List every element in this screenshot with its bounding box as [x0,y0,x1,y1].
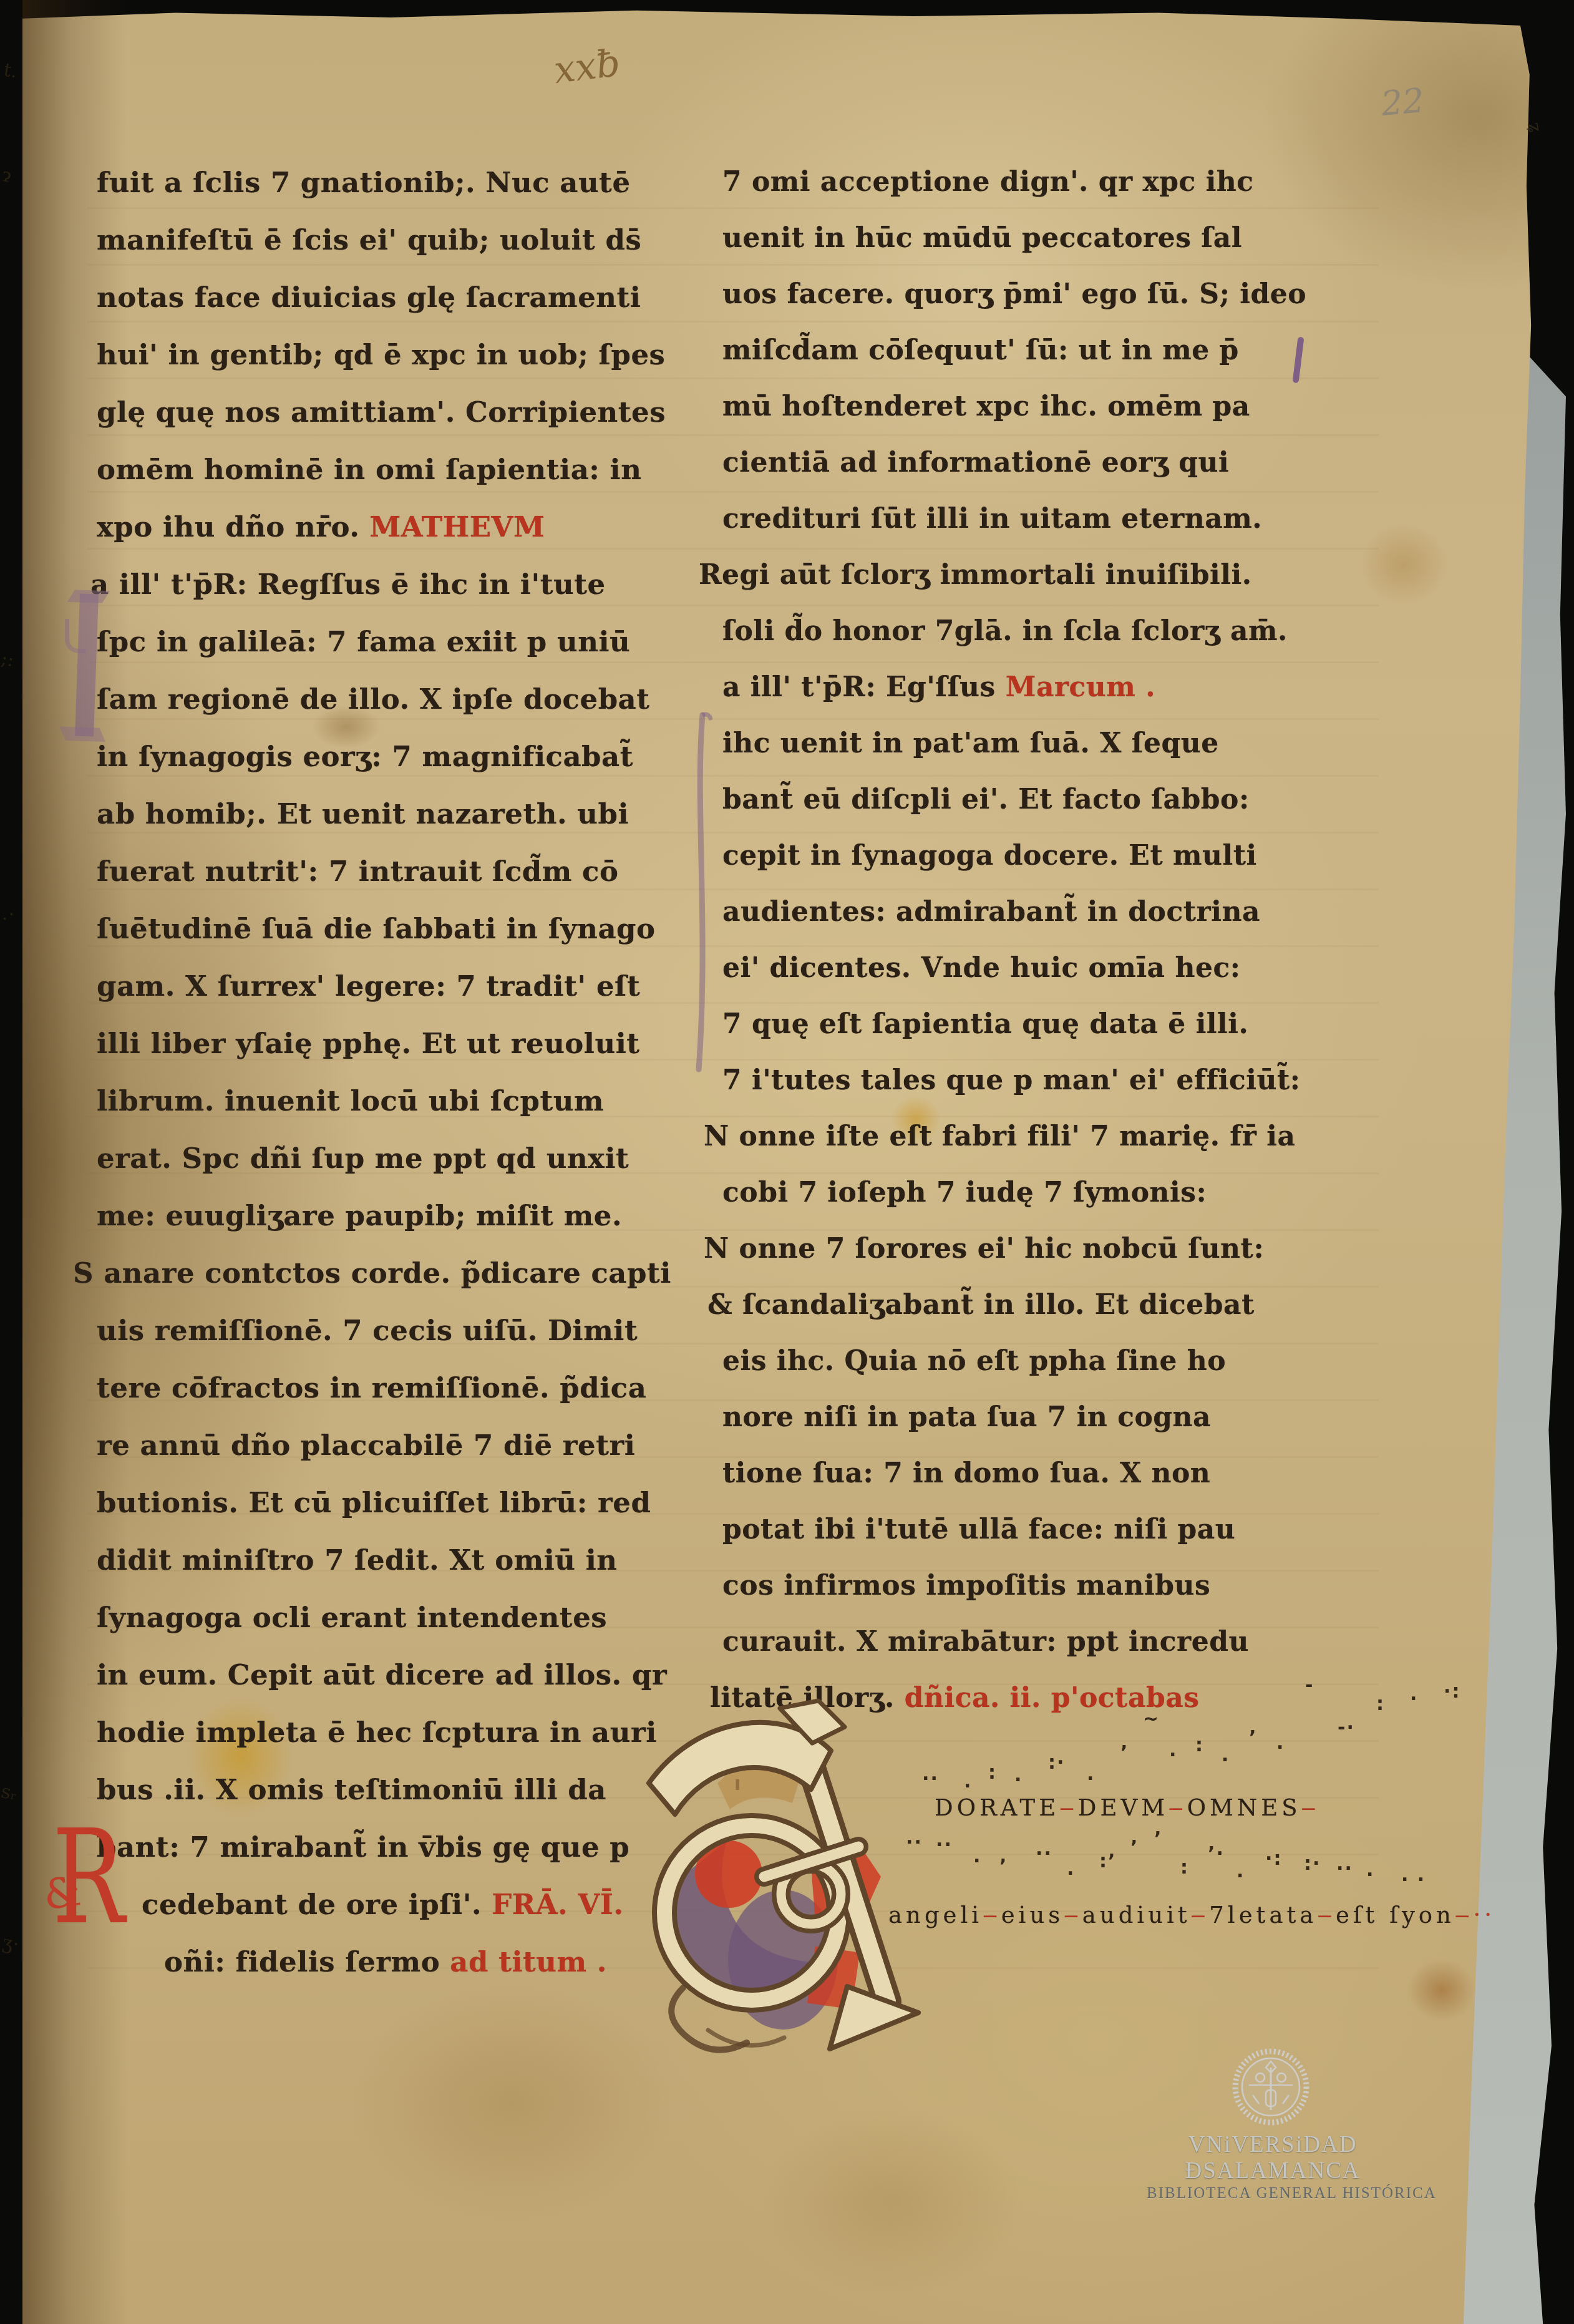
manuscript-line: a ill' t'p̄R: Eg'ſſus Marcum . [722,671,1155,703]
neume-mark: ~ [1143,1708,1160,1730]
manuscript-line: eis ihc. Quia nō eſt ppha ſine ho [722,1345,1226,1377]
gutter-ink-marks: ʒ· [1,1932,21,1956]
manuscript-line: tione ſua: 7 in domo ſua. X non [722,1457,1210,1489]
folio-number-pencil: 22 [1379,80,1426,124]
manuscript-line: bant: 7 mirabant̃ in v̄bis gę que p [97,1831,629,1864]
manuscript-line: ſoli d̃o honor 7glā. in ſcla ſclorʒ am̄. [722,615,1288,647]
neume-mark: · [964,1776,972,1797]
manuscript-line: ihc uenit in pat'am ſuā. X ſeque [722,727,1219,759]
stamp-institution-name: VNiVERSiDAD [1173,2131,1372,2158]
stamp-library-name: BIBLIOTECA GENERAL HISTÓRICA [1147,2185,1409,2202]
manuscript-line: ei' dicentes. Vnde huic omīa hec: [722,952,1240,984]
gutter-ink-marks: .· [1,903,16,926]
neume-mark: · [1222,1749,1230,1771]
manuscript-line: miſcd̃am cōſequut' ſū: ut in me p̄ [722,334,1239,366]
manuscript-line: curauit. X mirabātur: ppt incredu [722,1626,1249,1658]
manuscript-line: 7 omi acceptione dign'. qr xpc ihc [722,166,1254,198]
neume-mark: : [1376,1693,1385,1715]
neume-mark: ‑ [1305,1675,1314,1696]
chant-line: angeli‒eius‒audiuit‒7letata‒eſt ſyon‒·· [888,1902,1495,1928]
stain [761,2109,1023,2296]
manuscript-line: cepit in ſynagoga docere. Et multi [722,840,1257,872]
manuscript-line: in ſynagogis eorʒ: 7 magnificabat̃ [97,740,633,773]
manuscript-line: didit miniſtro 7 ſedit. Xt omiū in [97,1544,618,1577]
neume-mark: ·· [1336,1858,1353,1880]
manuscript-line: ab homib;. Et uenit nazareth. ubi [97,797,629,830]
manuscript-line: manifeſtū ē ſcis ei' quib; uoluit ds̄ [97,223,641,256]
neume-mark: ·: [1265,1848,1282,1870]
neume-mark: :’ [1099,1850,1116,1872]
manuscript-line: uis remiſſionē. 7 cecis uiſū. Dimit [97,1314,638,1347]
neume-mark: · [1276,1737,1285,1759]
quire-mark: xxƀ [551,41,623,92]
stain [1407,1959,1476,2021]
manuscript-line: ſynagoga ocli erant intendentes [97,1601,607,1634]
neume-mark: ·· [936,1834,953,1856]
manuscript-line: ſuētudinē ſuā die ſabbati in ſynago [97,912,656,945]
chant-line: DORATE‒DEVM‒OMNES‒ [935,1794,1319,1821]
manuscript-line: Regi aūt ſclorʒ immortali inuiſibili. [699,559,1252,591]
neume-mark: · [1014,1769,1023,1791]
manuscript-line: a ill' t'p̄R: Regſſus ē ihc in i'tute [90,568,606,601]
manuscript-line: bus .ii. X omis teſtimoniū illi da [97,1773,606,1806]
manuscript-line: oñi: fidelis ſermo ad titum . [164,1945,607,1978]
manuscript-line: xpo ihu dño nr̄o. MATHEVM [97,510,545,543]
manuscript-line: mū hoſtenderet xpc ihc. omēm pa [722,391,1250,422]
neume-mark: ’ [1249,1727,1257,1749]
manuscript-line: gam. X ſurrex' legere: 7 tradit' eſt [97,970,640,1003]
neume-mark: ’ [1130,1837,1139,1859]
manuscript-line: potat ibi i'tutē ullā face: niſi pau [722,1514,1235,1545]
neume-mark: · [1169,1744,1177,1766]
manuscript-line: audientes: admirabant̃ in doctrina [722,896,1260,928]
faded-margin-flourish [694,711,712,1076]
manuscript-line: credituri ſūt illi in uitam eternam. [722,503,1262,535]
manuscript-line: me: euugliʒare paupib; miſit me. [97,1199,622,1232]
gutter-ink-marks: ;: [0,648,16,672]
neume-mark: : [1180,1857,1189,1879]
faded-initial-i-curl [65,619,85,653]
manuscript-line: butionis. Et cū plicuiſſet librū: red [97,1486,651,1519]
neume-mark: · [1410,1688,1418,1710]
manuscript-line: nore niſi in pata ſua 7 in cogna [722,1401,1211,1433]
manuscript-line: S anare contctos corde. p̃dicare capti [73,1257,671,1290]
neume-mark: :· [1048,1752,1065,1774]
manuscript-line: & ſcandaliʒabant̃ in illo. Et dicebat [707,1289,1255,1321]
manuscript-line: glę quę nos amittiam'. Corripientes [97,396,666,429]
manuscript-line: 7 quę eſt ſapientia quę data ē illi. [722,1008,1248,1040]
manuscript-line: cobi 7 ioſeph 7 iudę 7 ſymonis: [722,1177,1207,1208]
neume-mark: · [1087,1768,1095,1790]
manuscript-line: uos facere. quorʒ p̄mi' ego ſū. S; ideo [722,278,1306,310]
neume-mark: · [1366,1864,1374,1886]
manuscript-line: N onne 7 ſorores ei' hic nobcū ſunt: [704,1233,1264,1265]
manuscript-photo: t. ɂ ;: .· ꜱᵣ ʒ· xxƀ 22 ʑ fuit a ſclis 7… [0,0,1574,2324]
university-seal-icon [1230,2046,1311,2127]
neume-mark: ·: [1444,1681,1460,1703]
library-stamp: VNiVERSiDAD ĐSALAMANCA BIBLIOTECA GENERA… [1142,2046,1416,2209]
manuscript-line: 7 i'tutes tales que p man' ei' efficiūt̃… [722,1064,1301,1096]
manuscript-line: uenit in hūc mūdū peccatores ſal [722,222,1242,254]
stamp-institution-name2: ĐSALAMANCA [1173,2157,1372,2184]
neume-mark: : [988,1762,997,1784]
manuscript-line: cientiā ad informationē eorʒ qui [722,447,1229,479]
gutter-ink-marks: ɂ [1,164,13,187]
manuscript-line: erat. Spc dñi ſup me ppt qd unxit [97,1142,629,1175]
manuscript-line: re annū dño placcabilē 7 diē retri [97,1429,635,1462]
manuscript-line: omēm hominē in omi ſapientia: in [97,453,641,486]
neume-mark: ·· [1036,1843,1052,1865]
neume-mark: ‑· [1338,1717,1355,1739]
manuscript-line: notas face diuicias glę ſacramenti [97,281,641,314]
decorated-initial-a [624,1688,930,2065]
neume-mark: ’ [999,1855,1008,1877]
manuscript-line: ſpc in galileā: 7 fama exiit p uniū [97,625,630,658]
neume-mark: · [973,1850,981,1872]
manuscript-line: illi liber yſaię pphę. Et ut reuoluit [97,1027,640,1060]
manuscript-line: cos infirmos impoſitis manibus [722,1570,1210,1602]
manuscript-line: hui' in gentib; qd ē xpc in uob; ſpes [97,338,665,371]
neume-mark: ’ [1120,1742,1129,1764]
neume-mark: ’· [1208,1843,1225,1865]
neume-mark: ’ [1154,1828,1162,1850]
stain [1360,524,1447,605]
red-ampersand: & [41,1867,84,1919]
neume-mark: · · [1401,1869,1426,1891]
manuscript-line: hodie impleta ē hec ſcptura in auri [97,1716,657,1749]
manuscript-line: ſam regionē de illo. X ipſe docebat [97,683,650,716]
neume-mark: :· [1304,1853,1321,1875]
manuscript-line: librum. inuenit locū ubi ſcptum [97,1084,604,1117]
manuscript-line: fuit a ſclis 7 gnationib;. Nuc autē [97,166,631,199]
manuscript-line: in eum. Cepit aūt dicere ad illos. qr [97,1658,667,1691]
manuscript-line: bant̃ eū diſcpli ei'. Et facto ſabbo: [722,784,1250,815]
neume-mark: · [1236,1865,1245,1887]
manuscript-line: N onne iſte eſt fabri fili' 7 marię. fr̄… [704,1121,1295,1152]
gutter-ink-marks: t. [2,59,19,82]
neume-mark: · [1067,1863,1075,1885]
gutter-ink-marks: ꜱᵣ [0,1781,19,1805]
manuscript-line: tere cōfractos in remiſſionē. p̃dica [97,1371,646,1404]
manuscript-line: fuerat nutrit': 7 intrauit ſcd̃m cō [97,855,619,888]
manuscript-line: cedebant de ore ipſi'. FRĀ. VĪ. [142,1888,624,1921]
neume-mark: : [1195,1734,1204,1756]
